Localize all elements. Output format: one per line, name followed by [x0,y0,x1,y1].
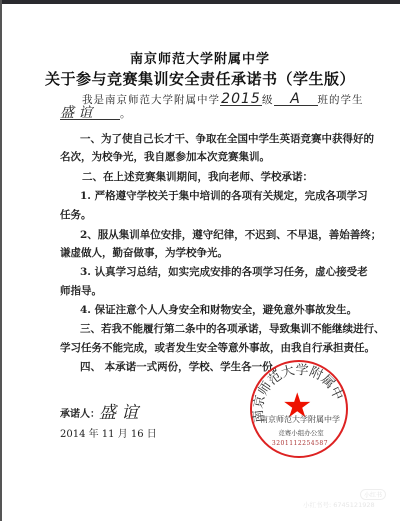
seal-code: 3201112254587 [270,440,330,447]
paragraph-12: 学习任务不能完成，或者发生安全等意外事故，由我自行承担责任。 [60,340,375,355]
signature-name: 盛 谊 [99,398,138,423]
official-seal: 南京师范大学附属中 ★ 南京师范大学附属中学 竞赛小组办公室 320111225… [250,360,348,458]
intro-prefix: 我是南京师范大学附属中学 [82,94,220,106]
seal-center-text: 南京师范大学附属中学 [248,414,352,425]
paragraph-4: 1. 严格遵守学校关于集中培训的各项有关规定，完成各项学习 [80,188,368,203]
grade-label: 级 [262,94,274,106]
school-name: 南京师范大学附属中学 [0,48,400,67]
paragraph-6: 2、服从集训单位安排，遵守纪律，不迟到、不早退，善始善终； [80,227,381,242]
signature-label: 承诺人： [60,405,100,420]
document-title: 关于参与竞赛集训安全责任承诺书（学生版） [0,68,400,89]
grade-value: 2015 [220,93,262,106]
seal-sub-text: 竞赛小组办公室 [266,428,336,437]
watermark-text: 小红书号: 6745121928 [303,500,375,509]
paragraph-10: 4. 保证注意个人人身安全和财物安全，避免意外事故发生。 [80,302,357,317]
paragraph-8: 3. 认真学习总结，如实完成安排的各项学习任务，虚心接受老 [80,264,368,279]
intro-suffix: 。 [120,108,131,120]
paragraph-5: 任务。 [60,207,92,222]
paragraph-2: 名次，为校争光，我自愿参加本次竞赛集训。 [60,149,270,164]
watermark-badge: 小红书 [360,489,386,500]
intro-line: 我是南京师范大学附属中学2015级A班的学生 [82,92,364,107]
paragraph-3: 二、在上述竞赛集训期间，我向老师、学校承诺： [82,169,313,184]
class-label: 班的学生 [318,94,364,106]
paragraph-11: 三、若我不能履行第二条中的各项承诺，导致集训不能继续进行、 [80,321,385,336]
signature-date: 2014 年 11 月 16 日 [60,425,157,440]
student-name: 盛 谊 [60,107,120,120]
class-value: A [274,93,318,106]
student-name-line: 盛 谊。 [60,106,131,121]
paragraph-1: 一、为了使自己长才干、争取在全国中学生英语竞赛中获得好的 [80,131,374,146]
paragraph-7: 谦虚做人，勤奋做事，为学校争光。 [60,245,228,260]
paragraph-9: 师指导。 [60,283,102,298]
